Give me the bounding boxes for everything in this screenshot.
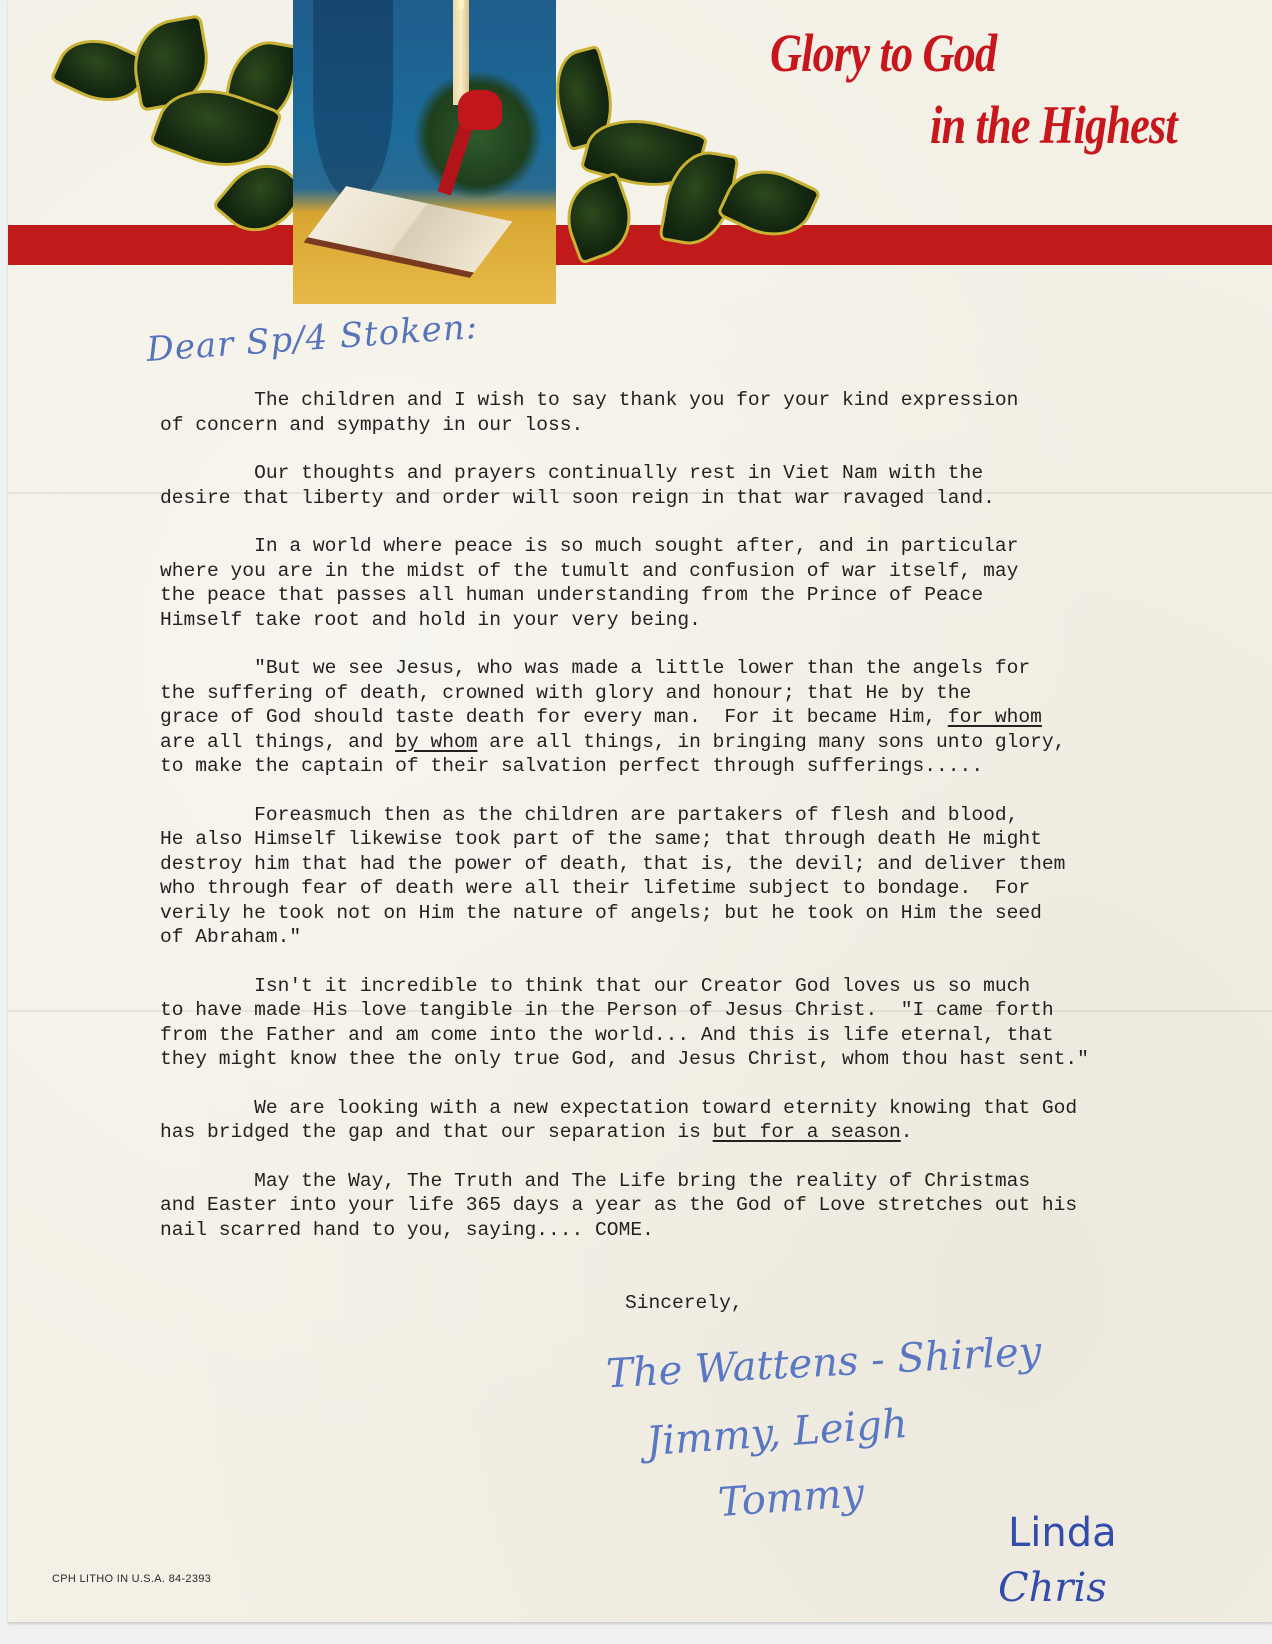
letter-paragraph: In a world where peace is so much sought… (160, 534, 1180, 632)
header-title-line1: Glory to God (770, 22, 996, 84)
header-photo-candle-bible (293, 0, 556, 304)
underlined-phrase: by whom (395, 731, 477, 753)
letter-paragraph: Our thoughts and prayers continually res… (160, 461, 1180, 510)
handwritten-salutation: Dear Sp/4 Stoken: (145, 307, 479, 370)
letter-page: Glory to God in the Highest Dear Sp/4 St… (8, 0, 1272, 1622)
signature-line: Jimmy, Leigh (645, 1401, 909, 1465)
letter-paragraph: Foreasmuch then as the children are part… (160, 803, 1180, 950)
printer-mark: CPH LITHO IN U.S.A. 84-2393 (52, 1573, 211, 1585)
closing: Sincerely, (625, 1292, 743, 1314)
underlined-phrase: but for a season (713, 1121, 901, 1143)
underlined-phrase: for whom (948, 706, 1042, 728)
signature-line: Tommy (717, 1470, 866, 1526)
letter-paragraph: May the Way, The Truth and The Life brin… (160, 1169, 1180, 1243)
letter-paragraph: Isn't it incredible to think that our Cr… (160, 974, 1180, 1072)
letter-paragraph: "But we see Jesus, who was made a little… (160, 656, 1180, 779)
letter-body: The children and I wish to say thank you… (160, 388, 1180, 1266)
holly-left-icon (48, 10, 298, 230)
signature-line: Chris (998, 1565, 1107, 1611)
signature-line: Linda (1008, 1510, 1117, 1556)
candle-icon (453, 0, 469, 105)
letter-paragraph: The children and I wish to say thank you… (160, 388, 1180, 437)
red-bow-icon (458, 90, 502, 130)
signature-line: The Wattens - Shirley (605, 1329, 1042, 1398)
header-title-line2: in the Highest (930, 94, 1177, 156)
letter-paragraph: We are looking with a new expectation to… (160, 1096, 1180, 1145)
